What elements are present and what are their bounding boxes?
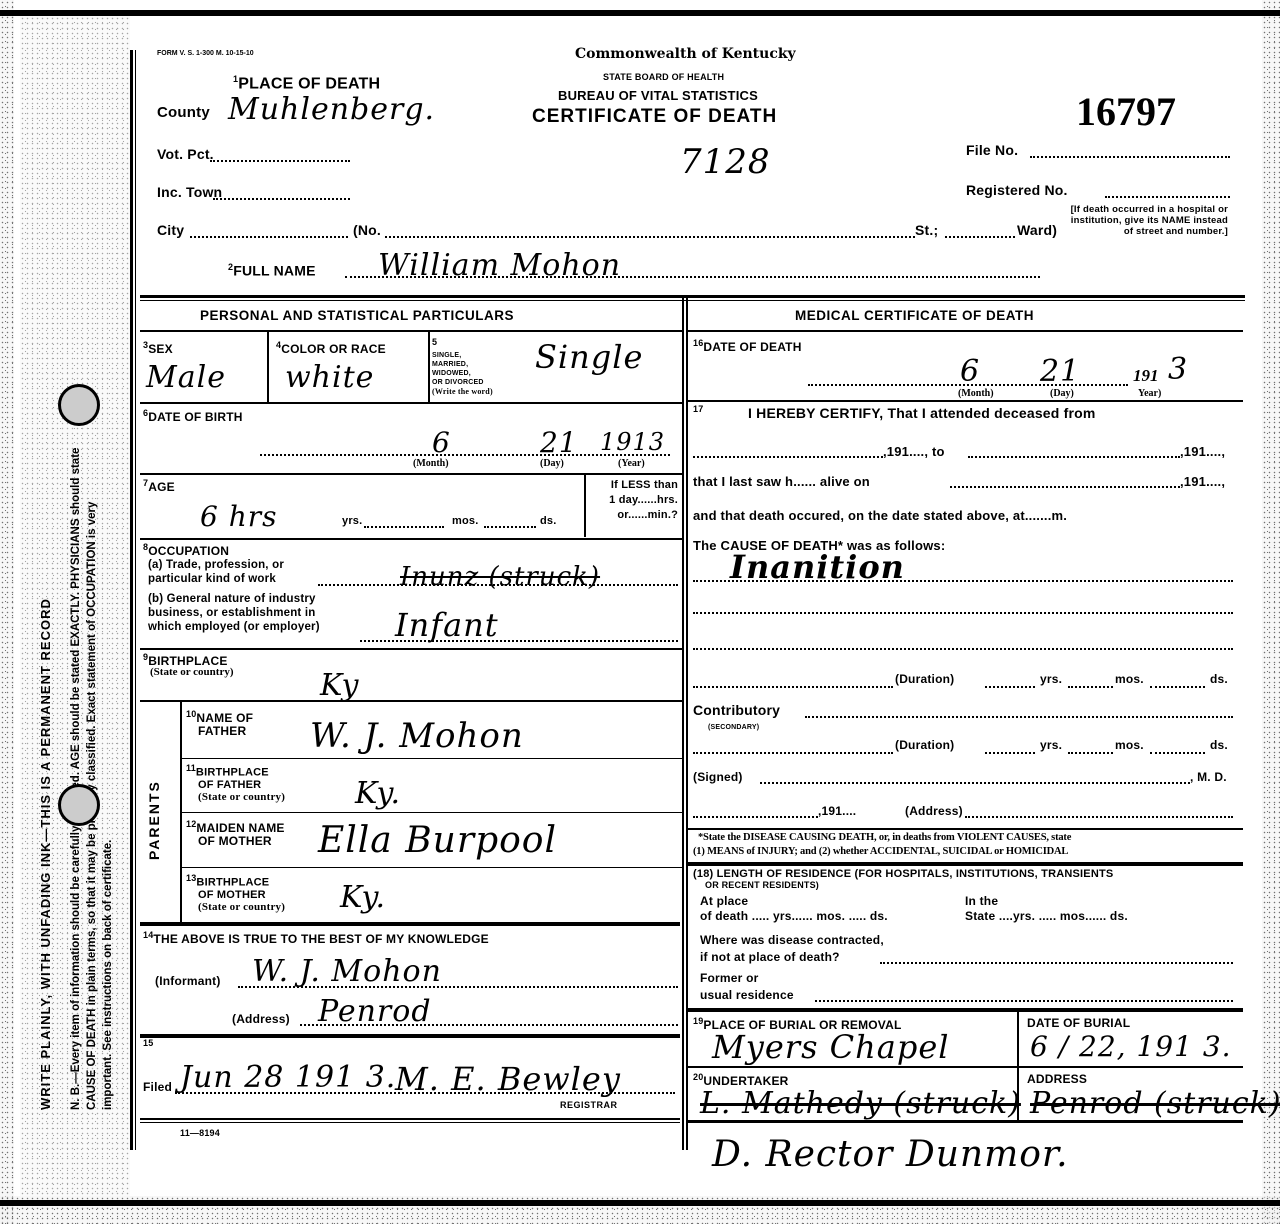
occupation-a-label: (a) Trade, profession, or particular kin… — [148, 558, 284, 586]
cause-line-1 — [693, 580, 1233, 582]
table-top-border-inner — [140, 300, 1245, 301]
personal-heading: PERSONAL AND STATISTICAL PARTICULARS — [200, 308, 514, 323]
occupation-a-line: (a) Trade, profession, or — [148, 558, 284, 572]
scan-edge-right — [1262, 0, 1280, 1224]
secondary-label: (SECONDARY) — [708, 724, 759, 731]
marital-label-line: OR DIVORCED — [432, 378, 493, 387]
mother-birthplace-value[interactable]: Ky. — [340, 880, 386, 915]
contrib-duration-mos: mos. — [1115, 738, 1144, 752]
frame-left-border — [130, 50, 133, 1150]
father-label-line: FATHER — [186, 725, 253, 738]
less-than-line: 1 day......hrs. — [590, 493, 678, 508]
residence-heading: (18) LENGTH OF RESIDENCE (FOR HOSPITALS,… — [693, 868, 1113, 880]
death-month[interactable]: 6 — [960, 354, 980, 389]
margin-instruction-line4: important. See instructions on back of c… — [102, 840, 114, 1110]
scan-bottom-border — [0, 1200, 1280, 1206]
signed-field[interactable] — [760, 782, 1190, 784]
undertaker-replacement[interactable]: D. Rector Dunmor. — [712, 1134, 1069, 1175]
annotation-7128: 7128 — [680, 142, 771, 182]
parents-label: PARENTS — [146, 780, 162, 860]
rule — [140, 473, 682, 475]
dob-label: 6DATE OF BIRTH — [143, 408, 243, 424]
rule — [182, 812, 682, 813]
place-of-death-heading: 1PLACE OF DEATH — [233, 74, 380, 93]
rule — [688, 828, 1243, 830]
marital-label-line: (Write the word) — [432, 387, 493, 396]
father-name-label: 10NAME OF FATHER — [186, 708, 253, 738]
death-day[interactable]: 21 — [1040, 354, 1080, 389]
marital-label-line: WIDOWED, — [432, 369, 493, 378]
rule — [140, 1034, 680, 1038]
rule — [140, 1118, 680, 1120]
death-year-prefix: 191 — [1133, 366, 1159, 386]
informant-value[interactable]: W. J. Mohon — [252, 954, 442, 989]
inc-town-field[interactable] — [213, 198, 350, 200]
mother-maiden-line: OF MOTHER — [186, 835, 285, 848]
rule — [180, 702, 182, 924]
occupation-b-line: business, or establishment in — [148, 606, 320, 620]
rule — [688, 1008, 1243, 1012]
contributory-duration-lead — [693, 752, 893, 754]
rule — [267, 332, 269, 402]
cause-duration-mos-field[interactable] — [1068, 686, 1113, 688]
cause-duration-lead — [693, 686, 893, 688]
rule — [140, 538, 682, 540]
cause-duration-ds-field[interactable] — [1150, 686, 1205, 688]
former-residence-field[interactable] — [815, 1000, 1233, 1002]
punch-hole-bottom — [58, 784, 100, 826]
street-label: St.; — [915, 222, 938, 238]
dob-year[interactable]: 1913 — [600, 428, 665, 456]
filed-date-value[interactable]: Jun 28 191 3. — [180, 1060, 396, 1095]
commonwealth-title: Commonwealth of Kentucky — [575, 46, 796, 62]
frame-left-border-inner — [135, 50, 136, 1150]
cause-duration-label: (Duration) — [895, 672, 954, 686]
residence-in-state-line: State ....yrs. ..... mos...... ds. — [965, 909, 1128, 924]
certify-line4: and that death occured, on the date stat… — [693, 508, 1067, 523]
rule — [140, 922, 680, 926]
occupation-b-line: (b) General nature of industry — [148, 592, 320, 606]
residence-at-place-line: of death ..... yrs...... mos. ..... ds. — [700, 909, 888, 924]
city-label: City — [157, 222, 184, 238]
undertaker-address-value[interactable]: Penrod (struck) — [1030, 1086, 1280, 1121]
table-top-border — [140, 295, 1245, 298]
occupation-a-value[interactable]: Inunz (struck) — [400, 562, 600, 592]
punch-hole-top — [58, 384, 100, 426]
marital-label-line: MARRIED, — [432, 360, 493, 369]
dob-month-caption: (Month) — [413, 458, 449, 469]
contributory-field[interactable] — [805, 716, 1233, 718]
residence-at-place-line: At place — [700, 894, 888, 909]
color-value[interactable]: white — [285, 360, 374, 395]
father-birthplace-line: (State or country) — [186, 791, 285, 803]
cause-duration-yrs: yrs. — [1040, 672, 1062, 686]
file-number-value: 16797 — [1076, 88, 1176, 135]
age-days-field[interactable] — [484, 526, 536, 528]
occupation-a-line: particular kind of work — [148, 572, 284, 586]
mother-birthplace-label: 13BIRTHPLACE OF MOTHER (State or country… — [186, 872, 285, 913]
age-label: 7AGE — [143, 478, 175, 494]
mother-maiden-label: 12MAIDEN NAME OF MOTHER — [186, 818, 285, 848]
mother-maiden-value[interactable]: Ella Burpool — [318, 820, 557, 861]
rule — [428, 332, 430, 402]
rule — [182, 867, 682, 868]
rule — [140, 1122, 680, 1123]
cause-line-3[interactable] — [693, 648, 1233, 650]
margin-instruction-plainly: WRITE PLAINLY, WITH UNFADING INK—THIS IS… — [38, 598, 53, 1110]
footnote-line1: *State the DISEASE CAUSING DEATH, or, in… — [698, 832, 1071, 843]
where-contracted-line: if not at place of death? — [700, 949, 884, 966]
column-divider-left — [682, 295, 684, 1150]
rule — [688, 330, 1243, 332]
vot-pct-field[interactable] — [210, 160, 350, 162]
ward-label: Ward) — [1017, 222, 1057, 238]
certify-line2-b: ,191...., — [1180, 444, 1225, 459]
less-than-line: If LESS than — [590, 478, 678, 493]
file-number-field — [1030, 156, 1230, 158]
death-year-suffix[interactable]: 3 — [1168, 352, 1188, 387]
birthplace-sublabel: (State or country) — [150, 666, 234, 678]
cause-duration-yrs-field[interactable] — [985, 686, 1035, 688]
column-divider-right — [686, 295, 688, 1150]
mother-birthplace-line: (State or country) — [186, 901, 285, 913]
sex-label: 3SEX — [143, 340, 173, 356]
where-contracted-field[interactable] — [880, 962, 1233, 964]
file-number-label: File No. — [966, 142, 1018, 158]
contrib-duration-yrs: yrs. — [1040, 738, 1062, 752]
dob-day[interactable]: 21 — [540, 426, 578, 459]
footnote-line2: (1) MEANS of INJURY; and (2) whether ACC… — [693, 846, 1068, 857]
death-month-caption: (Month) — [958, 388, 994, 399]
dob-day-caption: (Day) — [540, 458, 564, 469]
cause-duration-mos: mos. — [1115, 672, 1144, 686]
informant-address-label: (Address) — [232, 1012, 290, 1026]
age-value[interactable]: 6 hrs — [200, 500, 278, 533]
certify-line3-b: ,191...., — [1180, 474, 1225, 489]
former-residence: Former or usual residence — [700, 970, 794, 1004]
signed-date-year: ,191.... — [818, 804, 856, 818]
full-name-label: 2FULL NAME — [228, 262, 316, 279]
age-months-field[interactable] — [364, 526, 444, 528]
attended-from-field[interactable] — [693, 456, 883, 458]
dob-year-caption: (Year) — [618, 458, 645, 469]
date-of-death-label: 16DATE OF DEATH — [693, 338, 802, 354]
occupation-b-value[interactable]: Infant — [395, 606, 499, 644]
certify-line3-a: that I last saw h...... alive on — [693, 474, 870, 489]
form-number: FORM V. S. 1-300 M. 10-15-10 — [157, 50, 254, 57]
scan-top-border — [0, 10, 1280, 16]
street-field[interactable] — [385, 236, 915, 238]
registrar-label: REGISTRAR — [560, 1100, 618, 1110]
marital-label-line: SINGLE, — [432, 351, 493, 360]
rule — [140, 330, 682, 332]
filed-num: 15 — [143, 1038, 153, 1048]
birthplace-value[interactable]: Ky — [320, 668, 359, 703]
vot-pct-label: Vot. Pct. — [157, 146, 214, 162]
rule — [688, 400, 1243, 402]
marital-label: 5 SINGLE, MARRIED, WIDOWED, OR DIVORCED … — [432, 338, 493, 396]
cause-duration-ds: ds. — [1210, 672, 1228, 686]
contrib-duration-ds: ds. — [1210, 738, 1228, 752]
medical-heading: MEDICAL CERTIFICATE OF DEATH — [795, 308, 1034, 323]
contrib-duration-ds-field[interactable] — [1150, 752, 1205, 754]
residence-in-state: In the State ....yrs. ..... mos...... ds… — [965, 894, 1128, 924]
burial-date-label: DATE OF BURIAL — [1027, 1016, 1130, 1030]
county-label: County — [157, 104, 210, 121]
rule — [182, 758, 682, 759]
burial-date-value[interactable]: 6 / 22, 191 3. — [1030, 1030, 1232, 1063]
signed-label: (Signed) — [693, 770, 743, 784]
rule — [140, 648, 682, 650]
age-ds-caption: ds. — [540, 515, 557, 527]
registrar-signature: M. E. Bewley — [395, 1060, 621, 1098]
residence-heading2: OR RECENT RESIDENTS) — [705, 880, 819, 890]
marital-value[interactable]: Single — [535, 338, 643, 376]
contrib-duration-mos-field[interactable] — [1068, 752, 1113, 754]
death-day-caption: (Day) — [1050, 388, 1074, 399]
father-name-value[interactable]: W. J. Mohon — [310, 716, 524, 756]
mother-birthplace-line: OF MOTHER — [186, 889, 285, 901]
occupation-b-line: which employed (or employer) — [148, 620, 320, 634]
form-code: 11—8194 — [180, 1128, 220, 1138]
father-birthplace-line: OF FATHER — [186, 779, 285, 791]
rule — [688, 862, 1243, 866]
filed-label: Filed — [143, 1080, 172, 1094]
undertaker-value[interactable]: L. Mathedy (struck) — [700, 1086, 1021, 1121]
burial-place-value[interactable]: Myers Chapel — [712, 1028, 950, 1066]
ward-field[interactable] — [945, 236, 1015, 238]
city-field[interactable] — [190, 236, 348, 238]
informant-statement: 14THE ABOVE IS TRUE TO THE BEST OF MY KN… — [143, 930, 489, 946]
rule — [688, 1066, 1243, 1068]
full-name-value[interactable]: William Mohon — [378, 248, 621, 283]
residence-at-place: At place of death ..... yrs...... mos. .… — [700, 894, 888, 924]
less-than-line: or......min.? — [590, 508, 678, 523]
less-than-day-note: If LESS than 1 day......hrs. or......min… — [590, 478, 678, 523]
certify-line1: I HEREBY CERTIFY, That I attended deceas… — [748, 405, 1096, 421]
bureau-label: BUREAU OF VITAL STATISTICS — [558, 88, 758, 103]
certificate-title: CERTIFICATE OF DEATH — [532, 106, 777, 128]
informant-address-value[interactable]: Penrod — [318, 994, 432, 1029]
father-birthplace-label: 11BIRTHPLACE OF FATHER (State or country… — [186, 762, 285, 803]
undertaker-address-label: ADDRESS — [1027, 1072, 1087, 1086]
where-contracted-line: Where was disease contracted, — [700, 932, 884, 949]
registered-note: [If death occurred in a hospital or inst… — [1068, 204, 1228, 237]
rule — [140, 402, 682, 404]
certify-line2-a: ,191...., to — [883, 444, 945, 459]
dob-month[interactable]: 6 — [432, 426, 451, 459]
registered-number-label: Registered No. — [966, 182, 1068, 198]
where-contracted: Where was disease contracted, if not at … — [700, 932, 884, 966]
last-seen-field[interactable] — [950, 486, 1180, 488]
former-residence-line: Former or — [700, 970, 794, 987]
signed-address-label: (Address) — [905, 804, 963, 818]
former-residence-line: usual residence — [700, 987, 794, 1004]
rule — [688, 1120, 1243, 1123]
residence-in-state-line: In the — [965, 894, 1128, 909]
signed-address-field[interactable] — [965, 816, 1233, 818]
scan-edge-left — [0, 0, 14, 1224]
county-value[interactable]: Muhlenberg. — [228, 92, 435, 127]
occupation-b-label: (b) General nature of industry business,… — [148, 592, 320, 634]
street-number-label: (No. — [353, 222, 381, 238]
occupation-label: 8OCCUPATION — [143, 542, 229, 558]
death-year-caption: Year) — [1138, 388, 1161, 399]
signed-md: , M. D. — [1190, 770, 1227, 784]
rule — [140, 700, 682, 702]
contrib-duration-label: (Duration) — [895, 738, 954, 752]
color-label: 4COLOR OR RACE — [276, 340, 386, 356]
registered-number-field[interactable] — [1105, 196, 1230, 198]
informant-label: (Informant) — [155, 974, 221, 988]
state-board-label: STATE BOARD OF HEALTH — [603, 72, 724, 82]
rule — [584, 475, 586, 537]
father-birthplace-value[interactable]: Ky. — [355, 776, 401, 811]
age-mos-caption: mos. — [452, 515, 478, 527]
sex-value[interactable]: Male — [146, 360, 226, 395]
attended-to-field[interactable] — [968, 456, 1180, 458]
certify-num: 17 — [693, 404, 703, 414]
signed-date-field[interactable] — [693, 816, 818, 818]
cause-line-2[interactable] — [693, 612, 1233, 614]
contributory-label: Contributory — [693, 702, 780, 718]
age-yrs-caption: yrs. — [342, 515, 362, 527]
margin-instruction-line2: N. B.—Every item of information should b… — [70, 448, 82, 1110]
contrib-duration-yrs-field[interactable] — [985, 752, 1035, 754]
